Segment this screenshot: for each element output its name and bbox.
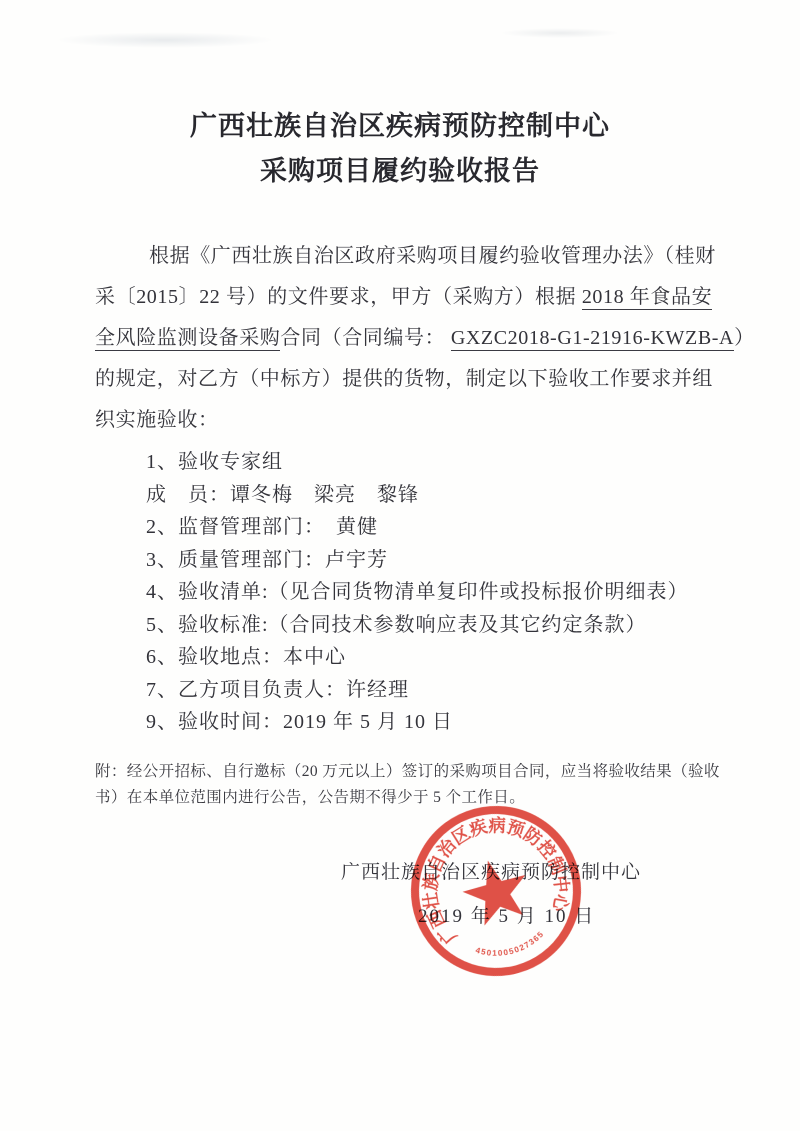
footnote: 附：经公开招标、自行邀标（20 万元以上）签订的采购项目合同，应当将验收结果（验… xyxy=(95,759,735,811)
list-item: 2、监督管理部门： 黄健 xyxy=(146,511,689,544)
footnote-line: 书）在本单位范围内进行公告，公告期不得少于 5 个工作日。 xyxy=(95,785,735,811)
list-item: 7、乙方项目负责人：许经理 xyxy=(146,674,689,707)
list-item: 3、质量管理部门：卢宇芳 xyxy=(146,544,689,577)
footnote-line: 附：经公开招标、自行邀标（20 万元以上）签订的采购项目合同，应当将验收结果（验… xyxy=(95,759,735,785)
document-title: 广西壮族自治区疾病预防控制中心 采购项目履约验收报告 xyxy=(0,104,800,194)
paragraph-line: 采〔2015〕22 号）的文件要求，甲方（采购方）根据 2018 年食品安 xyxy=(95,277,735,318)
acceptance-items-list: 1、验收专家组 成 员：谭冬梅 梁亮 黎锋 2、监督管理部门： 黄健 3、质量管… xyxy=(146,446,689,739)
list-item: 5、验收标准:（合同技术参数响应表及其它约定条款） xyxy=(146,609,689,642)
title-line-1: 广西壮族自治区疾病预防控制中心 xyxy=(0,104,800,149)
paragraph-line: 全风险监测设备采购合同（合同编号： GXZC2018-G1-21916-KWZB… xyxy=(95,318,735,359)
contract-number-underline: GXZC2018-G1-21916-KWZB-A xyxy=(451,327,734,351)
list-item: 1、验收专家组 xyxy=(146,446,689,479)
scan-artifact xyxy=(55,32,275,48)
paragraph-line: 的规定，对乙方（中标方）提供的货物，制定以下验收工作要求并组 xyxy=(95,359,735,400)
contract-name-underline: 2018 年食品安 xyxy=(582,286,712,310)
scan-artifact xyxy=(500,28,620,38)
star-icon xyxy=(456,852,535,929)
list-item: 4、验收清单:（见合同货物清单复印件或投标报价明细表） xyxy=(146,576,689,609)
title-line-2: 采购项目履约验收报告 xyxy=(0,149,800,194)
paragraph-line: 织实施验收： xyxy=(95,400,735,441)
contract-name-underline: 全风险监测设备采购 xyxy=(95,327,280,351)
list-item: 9、验收时间：2019 年 5 月 10 日 xyxy=(146,706,689,739)
paragraph-line: 根据《广西壮族自治区政府采购项目履约验收管理办法》（桂财 xyxy=(95,236,735,277)
official-seal-stamp: 广西壮族自治区疾病预防控制中心 4501005027365 xyxy=(386,781,606,1001)
body-paragraph: 根据《广西壮族自治区政府采购项目履约验收管理办法》（桂财 采〔2015〕22 号… xyxy=(95,236,735,441)
list-item: 成 员：谭冬梅 梁亮 黎锋 xyxy=(146,479,689,512)
document-page: 广西壮族自治区疾病预防控制中心 采购项目履约验收报告 根据《广西壮族自治区政府采… xyxy=(0,0,800,1131)
list-item: 6、验收地点：本中心 xyxy=(146,641,689,674)
